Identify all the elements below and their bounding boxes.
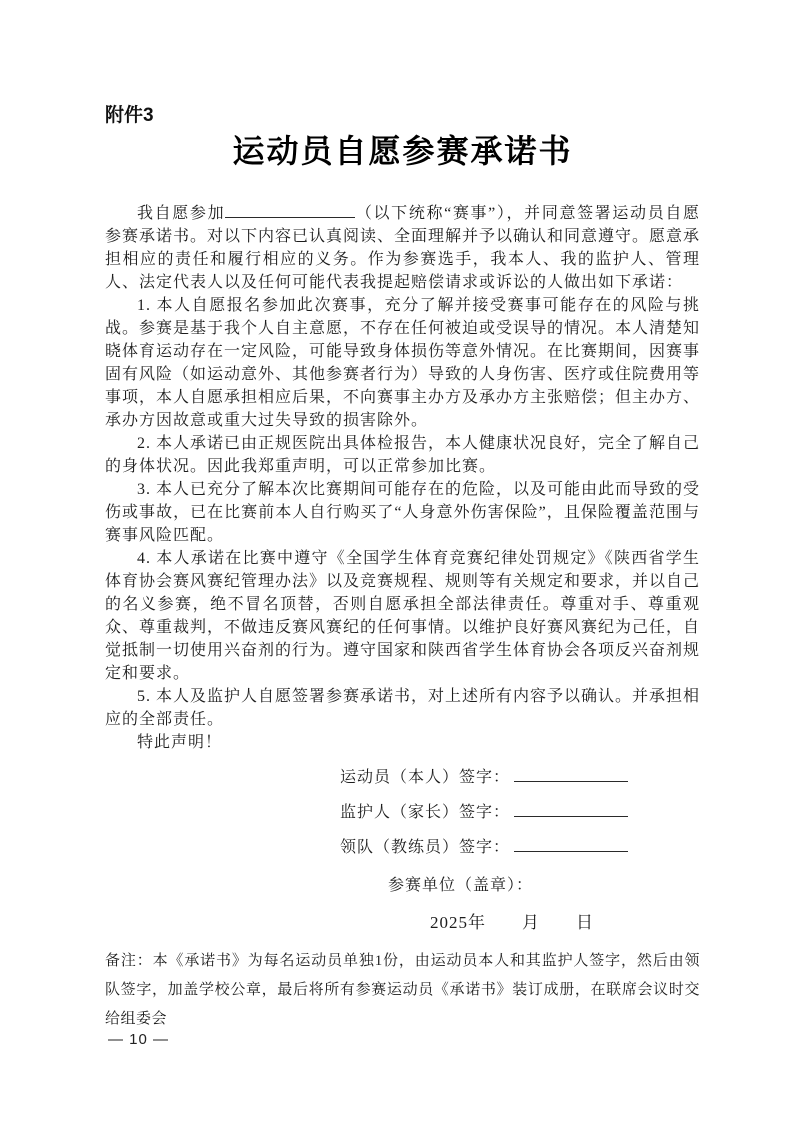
unit-seal-label: 参赛单位（盖章）： (388, 875, 700, 897)
team-leader-signature-row: 领队（教练员）签字： (340, 837, 700, 859)
clause-2: 2. 本人承诺已由正规医院出具体检报告，本人健康状况良好，完全了解自己的身体状况… (105, 432, 700, 478)
document-content: 附件3 运动员自愿参赛承诺书 我自愿参加（以下统称“赛事”），并同意签署运动员自… (105, 106, 700, 1034)
remark-note: 备注：本《承诺书》为每名运动员单独1份，由运动员本人和其监护人签字，然后由领队签… (105, 947, 700, 1034)
event-name-blank-line (225, 203, 355, 218)
document-body: 我自愿参加（以下统称“赛事”），并同意签署运动员自愿参赛承诺书。对以下内容已认真… (105, 202, 700, 754)
document-page: 附件3 运动员自愿参赛承诺书 我自愿参加（以下统称“赛事”），并同意签署运动员自… (0, 0, 800, 1131)
clause-1: 1. 本人自愿报名参加此次赛事，充分了解并接受赛事可能存在的风险与挑战。参赛是基… (105, 294, 700, 432)
declaration-statement: 特此声明！ (105, 731, 700, 754)
guardian-signature-line (514, 803, 628, 817)
team-leader-signature-label: 领队（教练员）签字： (340, 839, 510, 856)
date-line: 2025年 月 日 (430, 912, 700, 934)
guardian-signature-label: 监护人（家长）签字： (340, 804, 510, 821)
intro-paragraph: 我自愿参加（以下统称“赛事”），并同意签署运动员自愿参赛承诺书。对以下内容已认真… (105, 202, 700, 294)
athlete-signature-label: 运动员（本人）签字： (340, 769, 510, 786)
attachment-label: 附件3 (105, 106, 700, 126)
team-leader-signature-line (514, 838, 628, 852)
signature-block: 运动员（本人）签字： 监护人（家长）签字： 领队（教练员）签字： 参赛单位（盖章… (105, 767, 700, 934)
guardian-signature-row: 监护人（家长）签字： (340, 802, 700, 824)
clause-3: 3. 本人已充分了解本次比赛期间可能存在的危险，以及可能由此而导致的受伤或事故，… (105, 478, 700, 547)
intro-text-before-blank: 我自愿参加 (137, 205, 225, 222)
clause-4: 4. 本人承诺在比赛中遵守《全国学生体育竞赛纪律处罚规定》《陕西省学生体育协会赛… (105, 547, 700, 685)
document-title: 运动员自愿参赛承诺书 (105, 133, 700, 169)
page-number: — 10 — (108, 1031, 169, 1048)
clause-5: 5. 本人及监护人自愿签署参赛承诺书，对上述所有内容予以确认。并承担相应的全部责… (105, 685, 700, 731)
athlete-signature-line (514, 768, 628, 782)
athlete-signature-row: 运动员（本人）签字： (340, 767, 700, 789)
